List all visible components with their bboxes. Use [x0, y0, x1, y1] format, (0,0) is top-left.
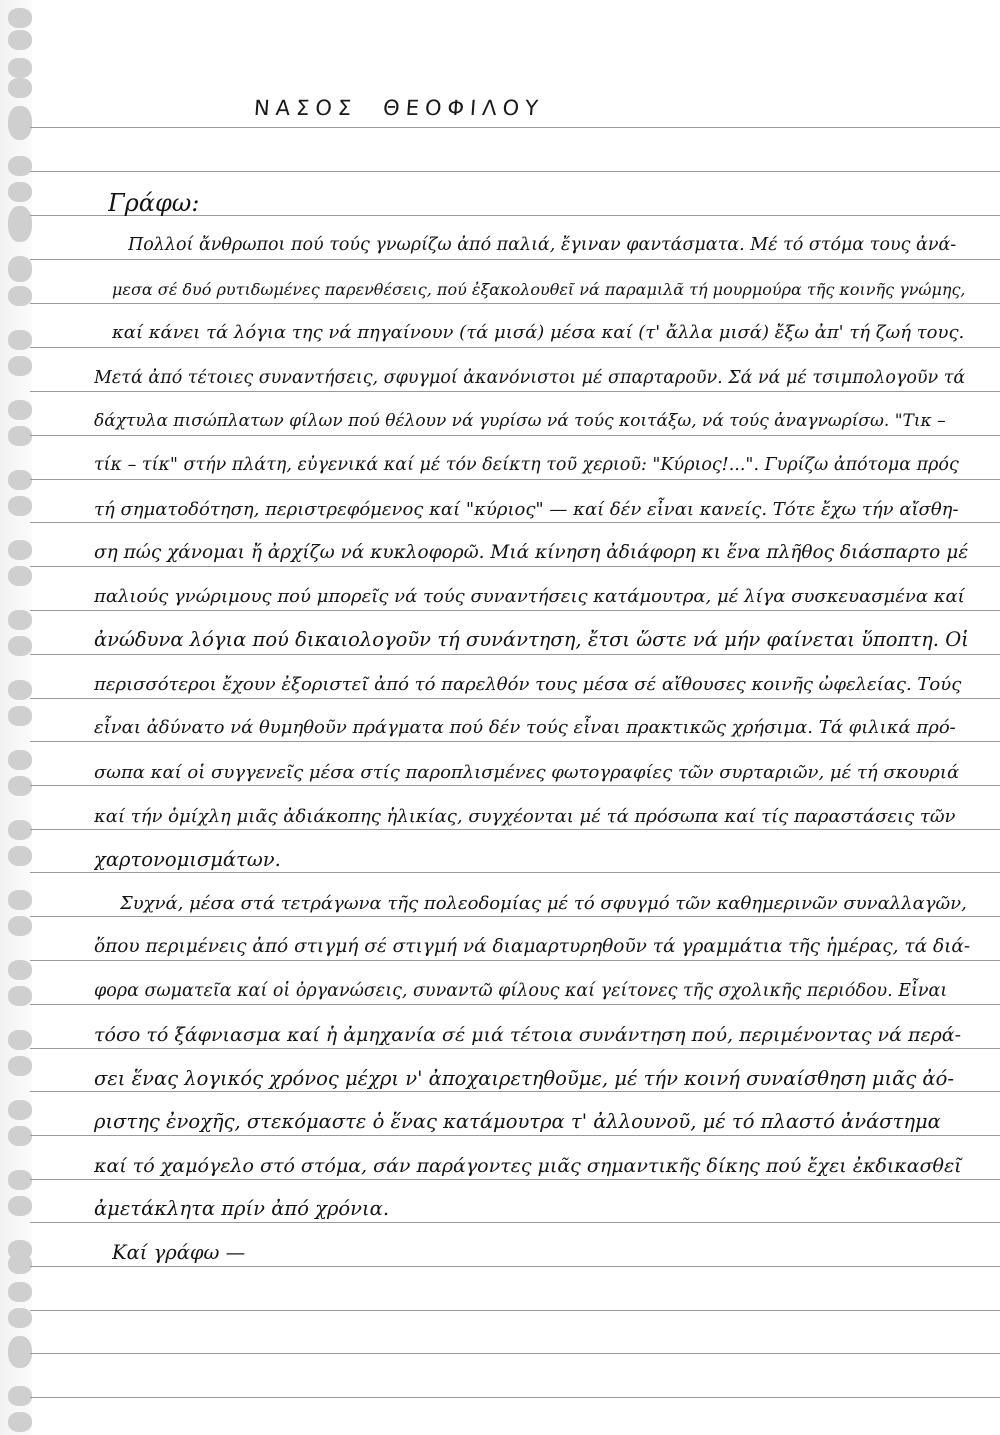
- ruled-line: [30, 698, 1000, 699]
- binding-hole: [8, 986, 32, 1006]
- ruled-line: [30, 1310, 1000, 1311]
- binding-hole: [8, 256, 32, 282]
- ruled-line: [30, 654, 1000, 655]
- binding-hole: [8, 106, 32, 140]
- ruled-line: [30, 1135, 1000, 1136]
- binding-hole: [8, 78, 32, 98]
- binding-hole: [8, 1126, 32, 1146]
- closing-line: Καί γράφω —: [112, 1240, 970, 1266]
- ruled-line: [30, 391, 1000, 392]
- text-line: τίκ – τίκ" στήν πλάτη, εὐγενικά καί μέ τ…: [94, 452, 970, 478]
- binding-hole: [8, 960, 32, 980]
- binding-hole: [8, 1282, 32, 1302]
- binding-hole: [8, 206, 32, 242]
- spiral-margin: [0, 0, 32, 1435]
- heading: Γράφω:: [108, 190, 970, 216]
- binding-hole: [8, 610, 32, 630]
- ruled-line: [30, 1048, 1000, 1049]
- ruled-line: [30, 171, 1000, 172]
- ruled-line: [30, 566, 1000, 567]
- notebook-page: ΝΑΣΟΣΘΕΟΦΙΛΟΥ Γράφω: Πολλοί ἄνθρωποι πού…: [0, 0, 1000, 1435]
- binding-hole: [8, 540, 32, 560]
- text-line: ριστης ἐνοχῆς, στεκόμαστε ὁ ἕνας κατάμου…: [94, 1109, 970, 1135]
- binding-hole: [8, 846, 32, 866]
- binding-hole: [8, 426, 32, 446]
- ruled-line: [30, 1266, 1000, 1267]
- binding-hole: [8, 1170, 32, 1190]
- text-line: ὅπου περιμένεις ἀπό στιγμή σέ στιγμή νά …: [94, 934, 970, 960]
- binding-hole: [8, 1056, 32, 1076]
- text-line: σει ἕνας λογικός χρόνος μέχρι ν' ἀποχαιρ…: [94, 1066, 970, 1092]
- binding-hole: [8, 1386, 32, 1406]
- binding-hole: [8, 8, 32, 28]
- text-line: καί κάνει τά λόγια της νά πηγαίνουν (τά …: [112, 320, 970, 346]
- binding-hole: [8, 182, 32, 202]
- binding-hole: [8, 330, 32, 350]
- ruled-line: [30, 1222, 1000, 1223]
- binding-hole: [8, 356, 32, 376]
- text-line: ση πώς χάνομαι ἤ ἀρχίζω νά κυκλοφορῶ. Μι…: [94, 540, 970, 566]
- binding-hole: [8, 286, 32, 306]
- binding-hole: [8, 1254, 32, 1274]
- text-line: φορα σωματεῖα καί οἱ ὀργανώσεις, συναντῶ…: [94, 978, 970, 1004]
- ruled-line: [30, 1179, 1000, 1180]
- text-line: Συχνά, μέσα στά τετράγωνα τῆς πολεοδομία…: [120, 891, 970, 917]
- text-line: χαρτονομισμάτων.: [94, 847, 970, 873]
- binding-hole: [8, 400, 32, 420]
- text-line: Μετά ἀπό τέτοιες συναντήσεις, σφυγμοί ἀκ…: [94, 365, 970, 391]
- text-line: μεσα σέ δυό ρυτιδωμένες παρενθέσεις, πού…: [112, 277, 970, 303]
- ruled-line: [30, 610, 1000, 611]
- binding-hole: [8, 496, 32, 516]
- ruled-line: [30, 347, 1000, 348]
- binding-hole: [8, 820, 32, 840]
- binding-hole: [8, 680, 32, 700]
- text-line: περισσότεροι ἔχουν ἐξοριστεῖ ἀπό τό παρε…: [94, 672, 970, 698]
- binding-hole: [8, 1336, 32, 1368]
- binding-hole: [8, 916, 32, 936]
- binding-hole: [8, 890, 32, 910]
- binding-hole: [8, 706, 32, 726]
- text-line: Πολλοί ἄνθρωποι πού τούς γνωρίζω ἀπό παλ…: [128, 232, 970, 258]
- binding-hole: [8, 1196, 32, 1216]
- text-line: ἀμετάκλητα πρίν ἀπό χρόνια.: [94, 1196, 970, 1222]
- ruled-line: [30, 479, 1000, 480]
- binding-hole: [8, 1412, 32, 1432]
- ruled-line: [30, 741, 1000, 742]
- text-line: καί τό χαμόγελο στό στόμα, σάν παράγοντε…: [94, 1153, 970, 1179]
- binding-hole: [8, 1308, 32, 1328]
- text-line: ἀνώδυνα λόγια πού δικαιολογοῦν τή συνάντ…: [94, 627, 970, 653]
- binding-hole: [8, 636, 32, 656]
- binding-hole: [8, 156, 32, 176]
- binding-hole: [8, 1030, 32, 1050]
- author-first-name: ΝΑΣΟΣ: [253, 96, 358, 120]
- text-line: σωπα καί οἱ συγγενεῖς μέσα στίς παροπλισ…: [94, 760, 970, 786]
- text-line: παλιούς γνώριμους πού μπορεῖς νά τούς συ…: [94, 584, 970, 610]
- binding-hole: [8, 776, 32, 796]
- ruled-line: [30, 1353, 1000, 1354]
- binding-hole: [8, 470, 32, 490]
- text-line: τόσο τό ξάφνιασμα καί ἡ ἀμηχανία σέ μιά …: [94, 1022, 970, 1048]
- text-line: δάχτυλα πισώπλατων φίλων πού θέλουν νά γ…: [94, 408, 970, 434]
- binding-hole: [8, 58, 32, 78]
- ruled-line: [30, 435, 1000, 436]
- ruled-line: [30, 1004, 1000, 1005]
- binding-hole: [8, 30, 32, 50]
- ruled-line: [30, 303, 1000, 304]
- author-title: ΝΑΣΟΣΘΕΟΦΙΛΟΥ: [253, 96, 571, 120]
- text-line: εἶναι ἀδύνατο νά θυμηθοῦν πράγματα πού δ…: [94, 715, 970, 741]
- binding-hole: [8, 566, 32, 586]
- ruled-line: [30, 127, 1000, 128]
- ruled-line: [30, 960, 1000, 961]
- text-line: τή σηματοδότηση, περιστρεφόμενος καί "κύ…: [94, 497, 970, 523]
- author-last-name: ΘΕΟΦΙΛΟΥ: [382, 96, 544, 120]
- ruled-line: [30, 1397, 1000, 1398]
- ruled-line: [30, 259, 1000, 260]
- text-line: καί τήν ὁμίχλη μιᾶς ἀδιάκοπης ἡλικίας, σ…: [94, 804, 970, 830]
- binding-hole: [8, 750, 32, 770]
- binding-hole: [8, 1100, 32, 1120]
